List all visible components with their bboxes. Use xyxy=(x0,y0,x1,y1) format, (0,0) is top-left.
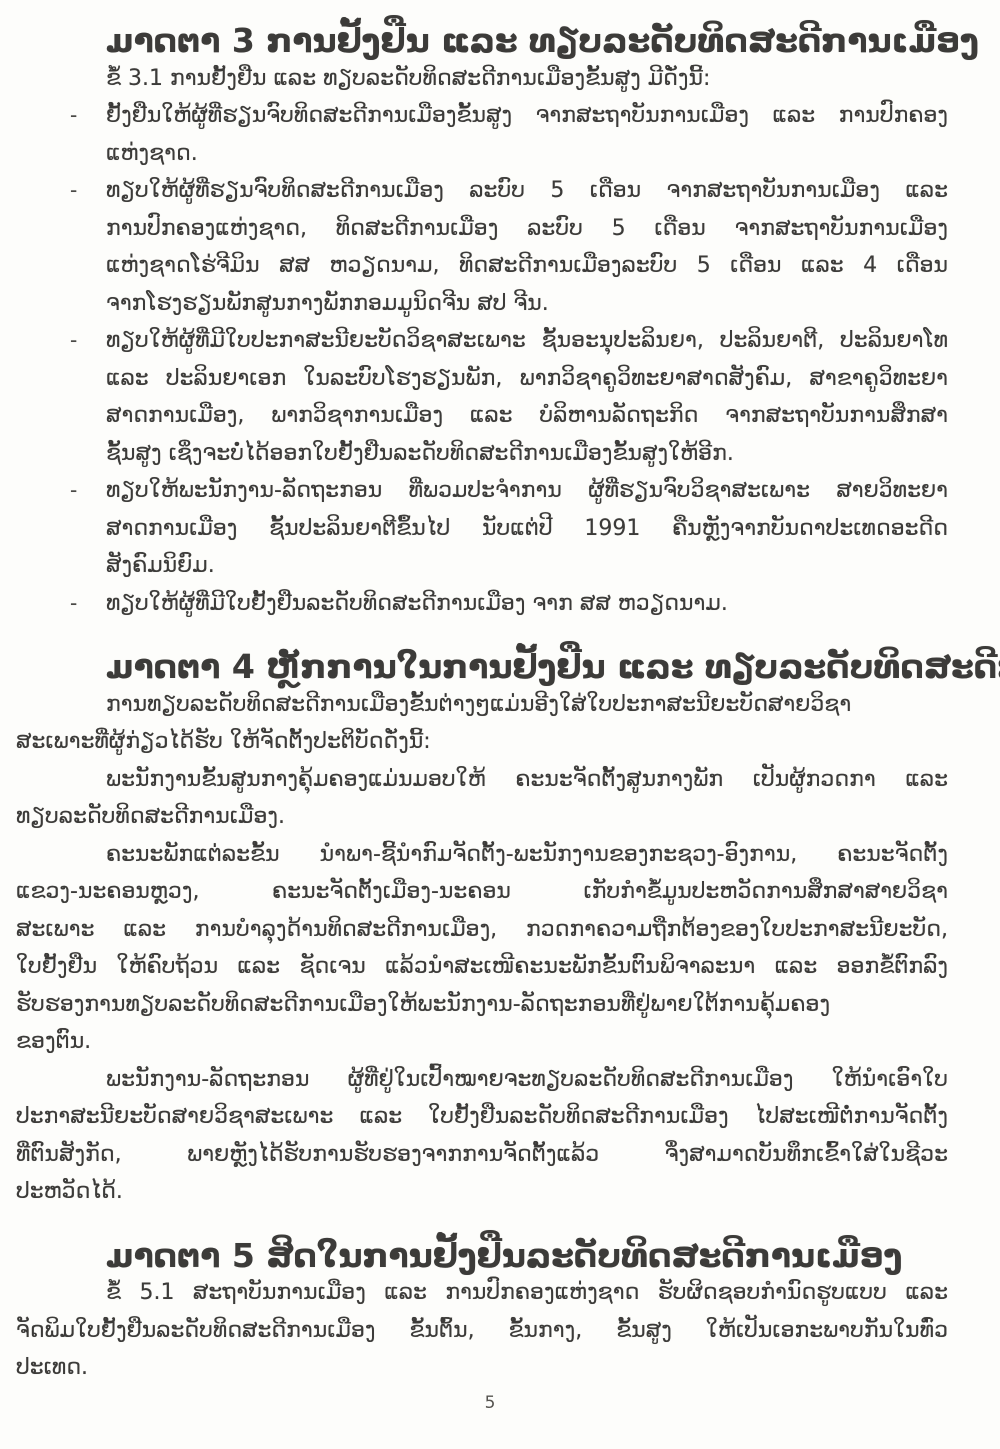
text-line: ໃບຢັ້ງຢືນ ໃຫ້ຄົບຖ້ວນ ແລະ ຊັດເຈນ ແລ້ວນຳສະ… xyxy=(16,948,948,986)
text-line: ສັງຄົມນິຍົມ. xyxy=(106,547,948,585)
bullet-item: - ທຽບໃຫ້ພະນັກງານ-ລັດຖະກອນ ທີ່ພວມປະຈຳການ … xyxy=(106,472,948,585)
text-line: ຮັບຮອງການທຽບລະດັບທິດສະດີການເມືອງໃຫ້ພະນັກ… xyxy=(16,986,948,1024)
text-line: ຂໍ້ 5.1 ສະຖາບັນການເມືອງ ແລະ ການປົກຄອງແຫ່… xyxy=(106,1274,948,1312)
text-line: ທຽບລະດັບທິດສະດີການເມືອງ. xyxy=(16,798,948,836)
text-line: ປະເທດ. xyxy=(16,1349,948,1387)
paragraph: ຄະນະພັກແຕ່ລະຂັ້ນ ນຳພາ-ຊີ້ນຳກົມຈັດຕັ້ງ-ພະ… xyxy=(16,836,948,1061)
text-line: ທຽບໃຫ້ພະນັກງານ-ລັດຖະກອນ ທີ່ພວມປະຈຳການ ຜູ… xyxy=(106,472,948,510)
text-line: ການປົກຄອງແຫ່ງຊາດ, ທິດສະດີການເມືອງ ລະບົບ … xyxy=(106,210,948,248)
text-line: ປະຫວັດໄດ້. xyxy=(16,1173,948,1211)
text-line: ແຫ່ງຊາດ. xyxy=(106,135,948,173)
text-line: ພະນັກງານຂັ້ນສູນກາງຄຸ້ມຄອງແມ່ນມອບໃຫ້ ຄະນະ… xyxy=(106,761,948,799)
text-line: ທຽບໃຫ້ຜູ້ທີ່ມີໃບປະກາສະນີຍະບັດວິຊາສະເພາະ … xyxy=(106,322,948,360)
text-line: ທຽບໃຫ້ຜູ້ທີ່ມີໃບຢັ້ງຢືນລະດັບທິດສະດີການເມ… xyxy=(106,585,948,623)
text-line: ຊັ້ນສູງ ເຊິ່ງຈະບໍ່ໄດ້ອອກໃບຢັ້ງຢືນລະດັບທິ… xyxy=(106,435,948,473)
text-line: ຄະນະພັກແຕ່ລະຂັ້ນ ນຳພາ-ຊີ້ນຳກົມຈັດຕັ້ງ-ພະ… xyxy=(106,836,948,874)
bullet-item: - ທຽບໃຫ້ຜູ້ທີ່ມີໃບປະກາສະນີຍະບັດວິຊາສະເພາ… xyxy=(106,322,948,472)
text-line: ສາດການເມືອງ ຊັ້ນປະລິນຍາຕີຂຶ້ນໄປ ນັບແຕ່ປີ… xyxy=(106,510,948,548)
text-line: ແລະ ປະລິນຍາເອກ ໃນລະບົບໂຮງຮຽນພັກ, ພາກວິຊາ… xyxy=(106,360,948,398)
bullet-dash: - xyxy=(70,97,77,135)
text-line: ຈັດພິມໃບຢັ້ງຢືນລະດັບທິດສະດີການເມືອງ ຂັ້ນ… xyxy=(16,1312,948,1350)
text-line: ສາດການເມືອງ, ພາກວິຊາການເມືອງ ແລະ ບໍລິຫານ… xyxy=(106,397,948,435)
page-number: 5 xyxy=(0,1393,980,1413)
bullet-dash: - xyxy=(70,172,77,210)
text-line: ຈາກໂຮງຮຽນພັກສູນກາງພັກກອມມູນິດຈີນ ສປ ຈີນ. xyxy=(106,285,948,323)
bullet-item: - ຢັ້ງຢືນໃຫ້ຜູ້ທີ່ຮຽນຈົບທິດສະດີການເມືອງຂ… xyxy=(106,97,948,172)
article-3-heading: ມາດຕາ 3 ການຢັ້ງຢືນ ແລະ ທຽບລະດັບທິດສະດີກາ… xyxy=(106,22,948,60)
text-line: ແຂວງ-ນະຄອນຫຼວງ, ຄະນະຈັດຕັ້ງເມືອງ-ນະຄອນ ເ… xyxy=(16,873,948,911)
text-line: ທຽບໃຫ້ຜູ້ທີ່ຮຽນຈົບທິດສະດີການເມືອງ ລະບົບ … xyxy=(106,172,948,210)
paragraph: ພະນັກງານຂັ້ນສູນກາງຄຸ້ມຄອງແມ່ນມອບໃຫ້ ຄະນະ… xyxy=(16,761,948,836)
bullet-dash: - xyxy=(70,472,77,510)
article-5-heading: ມາດຕາ 5 ສິດໃນການຢັ້ງຢືນລະດັບທິດສະດີການເມ… xyxy=(106,1237,948,1275)
text-line: ແຫ່ງຊາດໂຮ່ຈີມິນ ສສ ຫວຽດນາມ, ທິດສະດີການເມ… xyxy=(106,247,948,285)
article-4-heading: ມາດຕາ 4 ຫຼັກການໃນການຢັ້ງຢືນ ແລະ ທຽບລະດັບ… xyxy=(106,648,948,686)
bullet-dash: - xyxy=(70,585,77,623)
bullet-dash: - xyxy=(70,322,77,360)
text-line: ສະເພາະ ແລະ ການບຳລຸງດ້ານທິດສະດີການເມືອງ, … xyxy=(16,911,948,949)
paragraph: ພະນັກງານ-ລັດຖະກອນ ຜູ້ທີ່ຢູ່ໃນເປົ້າໝາຍຈະທ… xyxy=(16,1061,948,1211)
article-3-intro: ຂໍ້ 3.1 ການຢັ້ງຢືນ ແລະ ທຽບລະດັບທິດສະດີກາ… xyxy=(106,60,948,98)
text-line: ຢັ້ງຢືນໃຫ້ຜູ້ທີ່ຮຽນຈົບທິດສະດີການເມືອງຂັ້… xyxy=(106,97,948,135)
text-line: ປະກາສະນີຍະບັດສາຍວິຊາສະເພາະ ແລະ ໃບຢັ້ງຢືນ… xyxy=(16,1098,948,1136)
bullet-item: - ທຽບໃຫ້ຜູ້ທີ່ມີໃບຢັ້ງຢືນລະດັບທິດສະດີການ… xyxy=(106,585,948,623)
text-line: ສະເພາະທີ່ຜູ້ກ່ຽວໄດ້ຮັບ ໃຫ້ຈັດຕັ້ງປະຕິບັດ… xyxy=(16,723,948,761)
text-line: ທີ່ຕົນສັງກັດ, ພາຍຫຼັງໄດ້ຮັບການຮັບຮອງຈາກກ… xyxy=(16,1136,948,1174)
paragraph: ຂໍ້ 5.1 ສະຖາບັນການເມືອງ ແລະ ການປົກຄອງແຫ່… xyxy=(16,1274,948,1387)
text-line: ຂອງຕົນ. xyxy=(16,1023,948,1061)
text-line: ການທຽບລະດັບທິດສະດີການເມືອງຂັ້ນຕ່າງໆແມ່ນອ… xyxy=(106,686,948,724)
scanned-document-page: ມາດຕາ 3 ການຢັ້ງຢືນ ແລະ ທຽບລະດັບທິດສະດີກາ… xyxy=(0,0,1000,1449)
text-line: ພະນັກງານ-ລັດຖະກອນ ຜູ້ທີ່ຢູ່ໃນເປົ້າໝາຍຈະທ… xyxy=(106,1061,948,1099)
paragraph: ການທຽບລະດັບທິດສະດີການເມືອງຂັ້ນຕ່າງໆແມ່ນອ… xyxy=(16,686,948,761)
bullet-item: - ທຽບໃຫ້ຜູ້ທີ່ຮຽນຈົບທິດສະດີການເມືອງ ລະບົ… xyxy=(106,172,948,322)
